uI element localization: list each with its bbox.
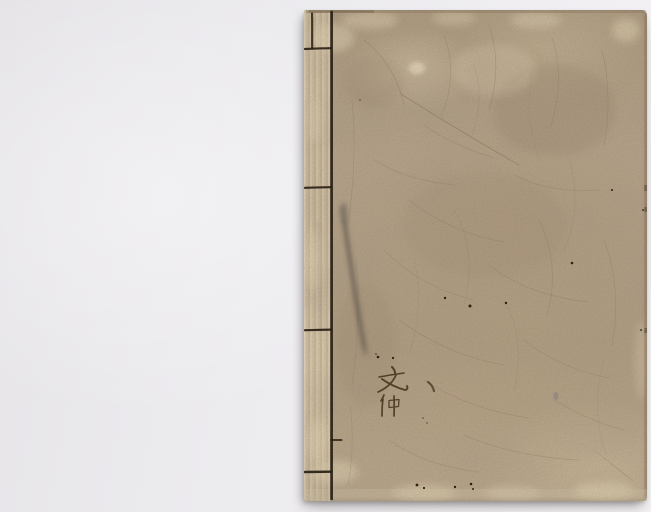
paper-grain	[304, 10, 647, 501]
book-cover-detail	[304, 10, 647, 501]
photo-background: 文仲	[0, 0, 651, 512]
book: 文仲	[304, 10, 647, 501]
